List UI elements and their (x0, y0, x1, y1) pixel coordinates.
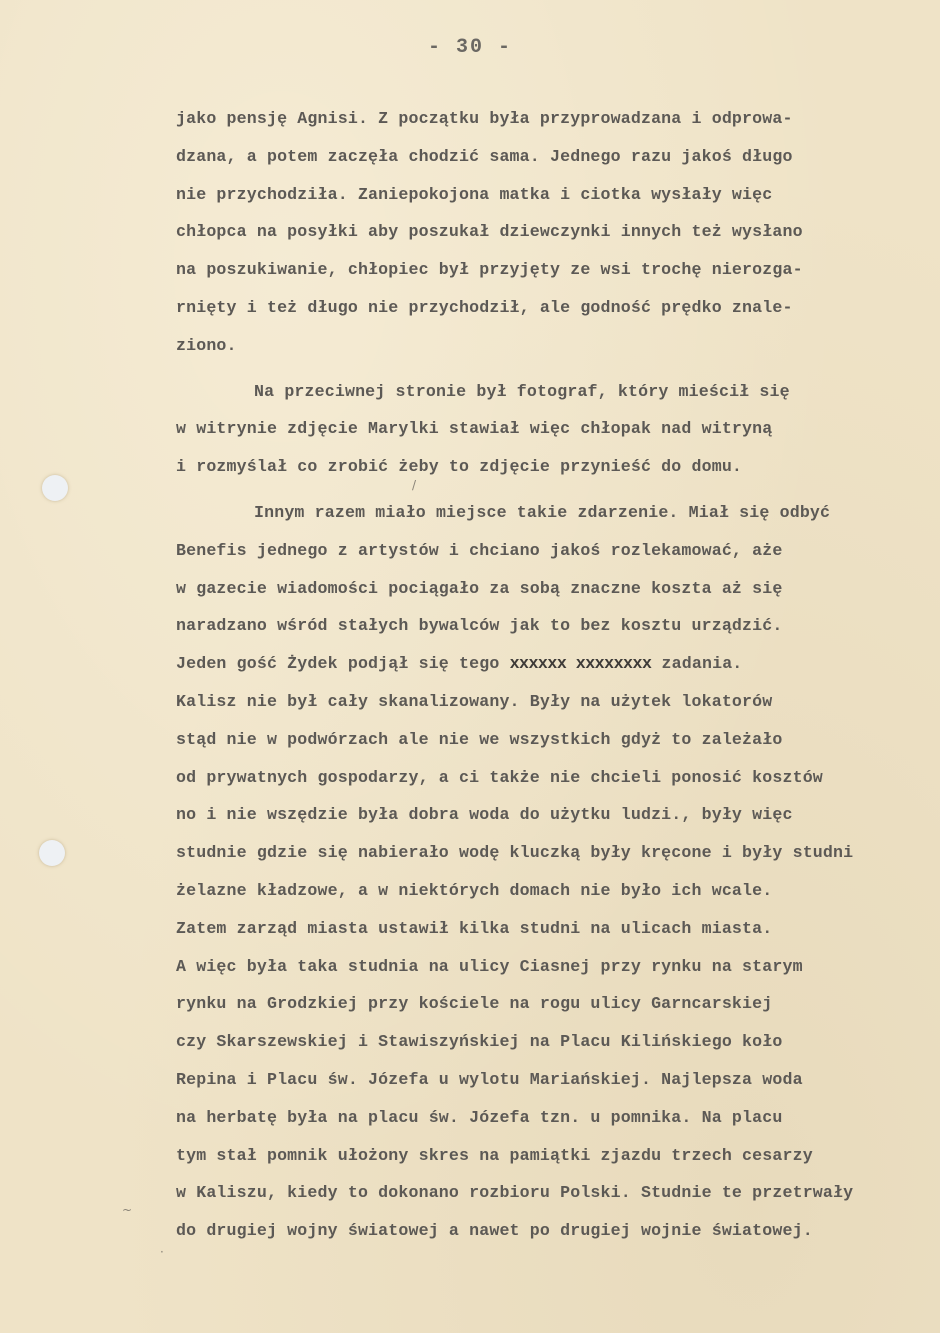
text-line: Zatem zarząd miasta ustawił kilka studni… (176, 914, 940, 952)
text-line: rnięty i też długo nie przychodził, ale … (176, 293, 940, 331)
text-line: od prywatnych gospodarzy, a ci także nie… (176, 763, 940, 801)
text-line: jako pensję Agnisi. Z początku była przy… (176, 104, 940, 142)
text-line: na poszukiwanie, chłopiec był przyjęty z… (176, 255, 940, 293)
punch-hole-bottom (39, 840, 65, 866)
document-page: - 30 - / ~ · jako pensję Agnisi. Z począ… (0, 0, 940, 1333)
text-line: rynku na Grodzkiej przy kościele na rogu… (176, 989, 940, 1027)
paragraph-1: jako pensję Agnisi. Z początku była przy… (176, 104, 940, 369)
margin-mark: ~ (122, 1203, 132, 1217)
text-line: w Kaliszu, kiedy to dokonano rozbioru Po… (176, 1178, 940, 1216)
text-line: żelazne kładzowe, a w niektórych domach … (176, 876, 940, 914)
text-line: i rozmyślał co zrobić żeby to zdjęcie pr… (176, 452, 940, 490)
paragraph-3: Innym razem miało miejsce takie zdarzeni… (176, 498, 940, 1254)
text-line: naradzano wśród stałych bywalców jak to … (176, 611, 940, 649)
page-number: - 30 - (0, 36, 940, 59)
text-line: A więc była taka studnia na ulicy Ciasne… (176, 952, 940, 990)
text-line: ziono. (176, 331, 940, 369)
text-line: stąd nie w podwórzach ale nie we wszystk… (176, 725, 940, 763)
text-line: chłopca na posyłki aby poszukał dziewczy… (176, 217, 940, 255)
text-line-with-strikeout: Jeden gość Żydek podjął się tego xxxxxx … (176, 649, 940, 687)
margin-mark-2: · (160, 1245, 164, 1259)
text-line: studnie gdzie się nabierało wodę kluczką… (176, 838, 940, 876)
text-line: na herbatę była na placu św. Józefa tzn.… (176, 1103, 940, 1141)
text-line: Innym razem miało miejsce takie zdarzeni… (176, 498, 940, 536)
text-line: do drugiej wojny światowej a nawet po dr… (176, 1216, 940, 1254)
text-line: Kalisz nie był cały skanalizowany. Były … (176, 687, 940, 725)
text-line: Repina i Placu św. Józefa u wylotu Maria… (176, 1065, 940, 1103)
text-line: Na przeciwnej stronie był fotograf, któr… (176, 377, 940, 415)
paragraph-2: Na przeciwnej stronie był fotograf, któr… (176, 377, 940, 490)
text-line: nie przychodziła. Zaniepokojona matka i … (176, 180, 940, 218)
text-line: czy Skarszewskiej i Stawiszyńskiej na Pl… (176, 1027, 940, 1065)
text-line: dzana, a potem zaczęła chodzić sama. Jed… (176, 142, 940, 180)
struck-out-text: xxxxxx xxxxxxxx (510, 654, 652, 673)
text-line: w witrynie zdjęcie Marylki stawiał więc … (176, 414, 940, 452)
punch-hole-top (42, 475, 68, 501)
text-segment: zadania. (662, 654, 743, 673)
text-segment: Jeden gość Żydek podjął się tego (176, 654, 499, 673)
typed-text-body: jako pensję Agnisi. Z początku była przy… (176, 104, 940, 1254)
text-line: no i nie wszędzie była dobra woda do uży… (176, 800, 940, 838)
text-line: tym stał pomnik ułożony skres na pamiątk… (176, 1141, 940, 1179)
text-line: w gazecie wiadomości pociągało za sobą z… (176, 574, 940, 612)
text-line: Benefis jednego z artystów i chciano jak… (176, 536, 940, 574)
